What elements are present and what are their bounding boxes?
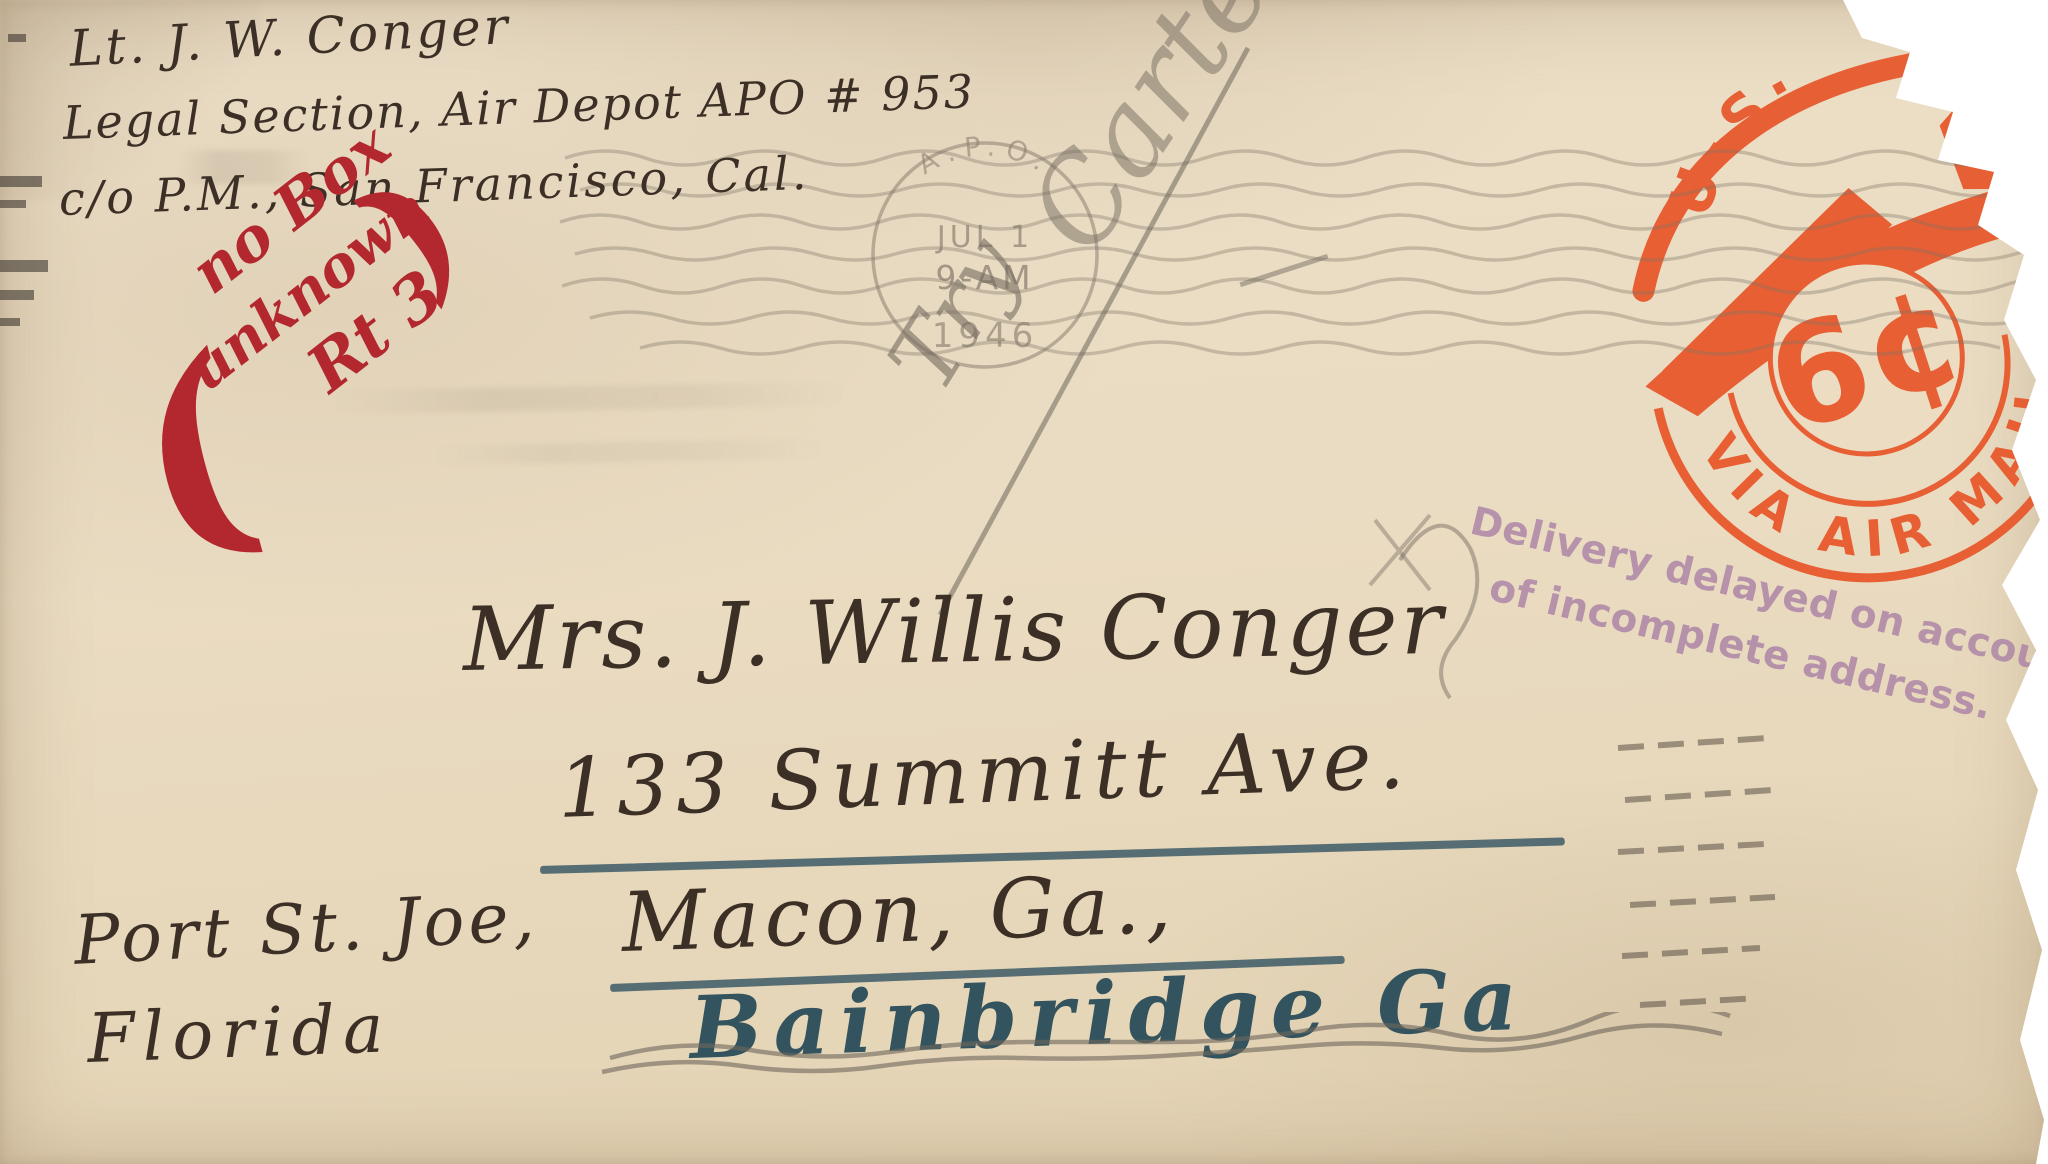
forwarded-strikethrough: [598, 1012, 1758, 1082]
right-cancel-bars: [1618, 738, 1775, 1005]
left-edge-marks: [0, 34, 48, 326]
origin-state: Florida: [86, 989, 393, 1079]
envelope-paper: U·S· 6¢ VIA AIR MAIL: [0, 0, 2048, 1164]
recipient-city: Macon, Ga.,: [620, 857, 1178, 971]
recipient-name: Mrs. J. Willis Conger: [462, 571, 1446, 691]
scanned-envelope: U·S· 6¢ VIA AIR MAIL: [0, 0, 2048, 1164]
